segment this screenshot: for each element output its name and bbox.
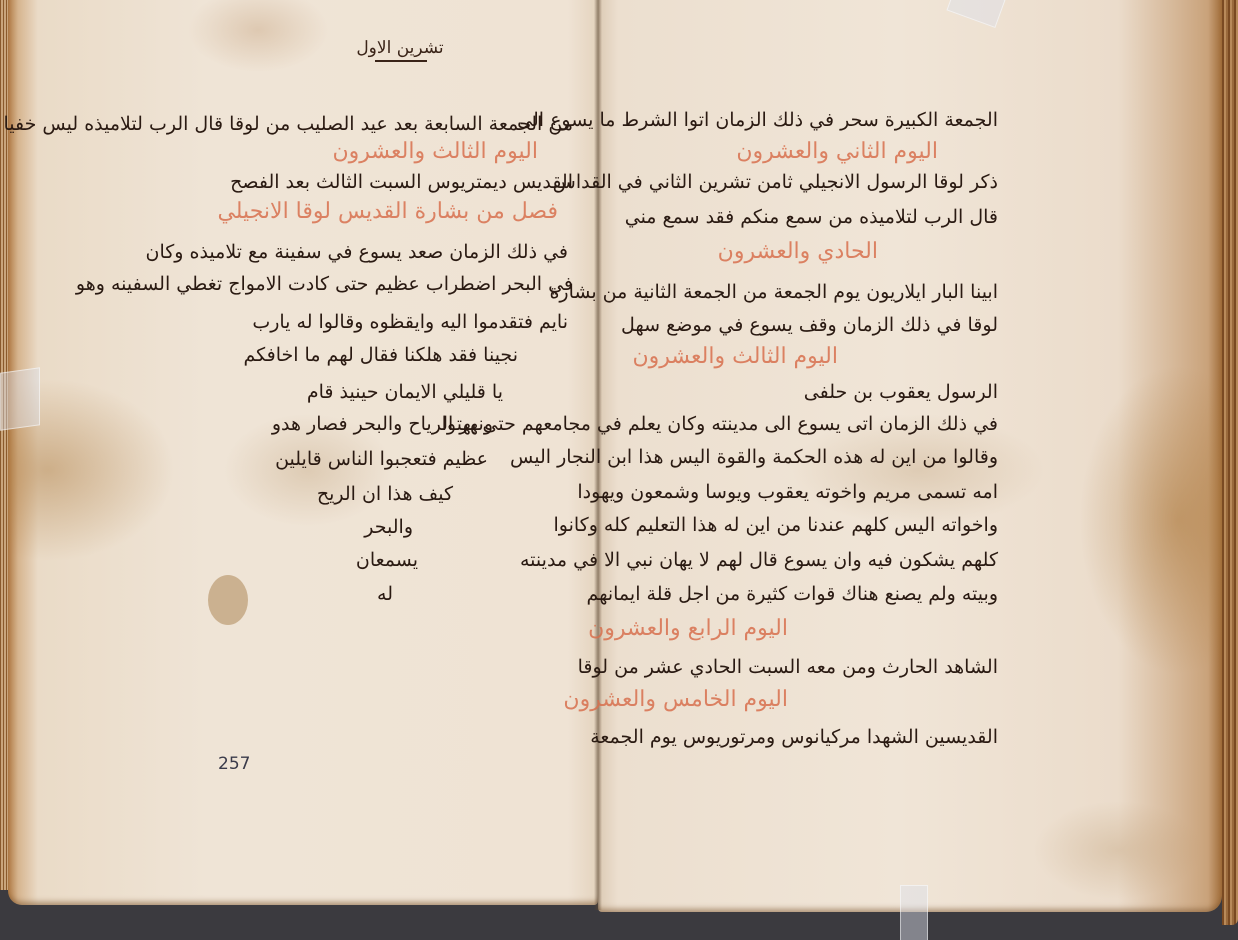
- text-line: الرسول يعقوب بن حلفى: [804, 380, 998, 404]
- rubric-line: فصل من بشارة القديس لوقا الانجيلي: [217, 200, 558, 224]
- text-line: يسمعان: [356, 548, 418, 572]
- text-line: لوقا في ذلك الزمان وقف يسوع في موضع سهل: [621, 313, 998, 337]
- rubric-line: الحادي والعشرون: [718, 240, 878, 264]
- right-fore-edge: [1222, 0, 1238, 925]
- text-line: نجينا فقد هلكنا فقال لهم ما اخافكم: [243, 343, 518, 367]
- text-line: كيف هذا ان الريح: [317, 482, 453, 506]
- text-line: يا قليلي الايمان حينيذ قام: [307, 380, 503, 404]
- text-line: القديسين الشهدا مركيانوس ومرتوريوس يوم ا…: [590, 725, 998, 749]
- rubric-line: اليوم الرابع والعشرون: [588, 617, 788, 641]
- mylar-clip: [0, 367, 40, 431]
- text-line: له: [377, 582, 393, 606]
- text-line: وبيته ولم يصنع هناك قوات كثيرة من اجل قل…: [586, 582, 998, 606]
- rubric-line: اليوم الثالث والعشرون: [633, 345, 839, 369]
- text-line: ابينا البار ايلاريون يوم الجمعة من الجمع…: [549, 280, 998, 304]
- text-line: قال الرب لتلاميذه من سمع منكم فقد سمع من…: [625, 205, 998, 229]
- text-line: واخواته اليس كلهم عندنا من اين له هذا ال…: [553, 513, 998, 537]
- text-line: القديس ديمتريوس السبت الثالث بعد الفصح: [230, 170, 573, 194]
- text-line: من الجمعة السابعة بعد عيد الصليب من لوقا…: [4, 112, 573, 136]
- text-line: في البحر اضطراب عظيم حتى كادت الامواج تغ…: [76, 272, 573, 296]
- rubric-line: اليوم الثاني والعشرون: [736, 140, 938, 164]
- rubric-line: اليوم الثالث والعشرون: [333, 140, 539, 164]
- mylar-clip: [900, 885, 928, 940]
- page-header: تشرين الاول: [350, 38, 450, 58]
- text-line: الشاهد الحارث ومن معه السبت الحادي عشر م…: [578, 655, 998, 679]
- stain: [208, 575, 248, 625]
- text-line: كلهم يشكون فيه وان يسوع قال لهم لا يهان …: [520, 548, 998, 572]
- text-line: في ذلك الزمان صعد يسوع في سفينة مع تلامي…: [146, 240, 569, 264]
- text-line: ذكر لوقا الرسول الانجيلي ثامن تشرين الثا…: [553, 170, 998, 194]
- header-rule: [375, 60, 427, 62]
- rubric-line: اليوم الخامس والعشرون: [563, 688, 788, 712]
- text-line: امه تسمى مريم واخوته يعقوب ويوسا وشمعون …: [577, 480, 998, 504]
- text-line: وقالوا من اين له هذه الحكمة والقوة اليس …: [510, 445, 998, 469]
- text-line: والبحر: [364, 515, 413, 539]
- text-line: الجمعة الكبيرة سحر في ذلك الزمان اتوا ال…: [517, 108, 998, 132]
- text-line: في ذلك الزمان اتى يسوع الى مدينته وكان ي…: [442, 412, 998, 436]
- folio-number: 257: [218, 754, 250, 774]
- text-line: نايم فتقدموا اليه وايقظوه وقالوا له يارب: [252, 310, 568, 334]
- text-line: عظيم فتعجبوا الناس قايلين: [275, 447, 488, 471]
